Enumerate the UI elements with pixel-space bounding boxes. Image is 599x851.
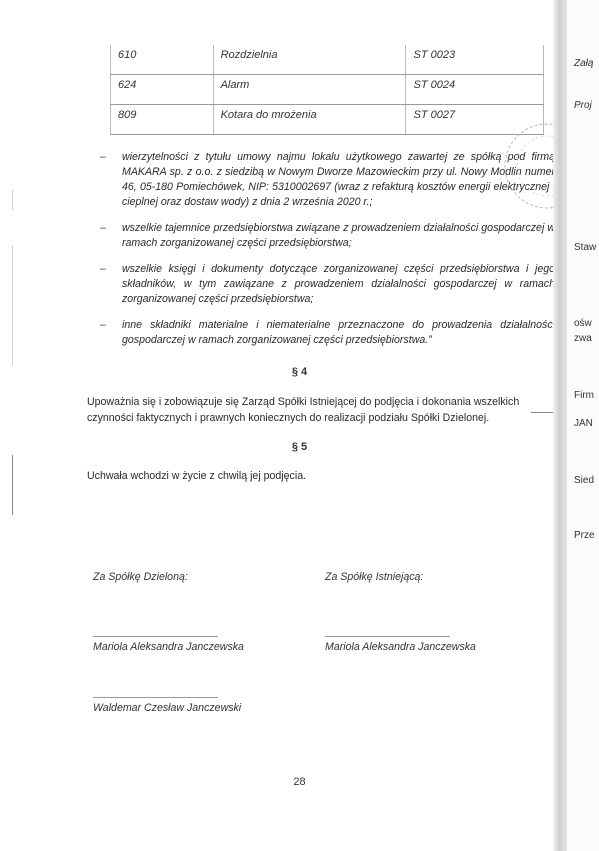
section-4-heading: § 4: [0, 366, 599, 378]
document-page: 610 Rozdzielnia ST 0023 624 Alarm ST 002…: [0, 0, 599, 851]
section-5-heading: § 5: [0, 441, 599, 453]
list-item: – wszelkie tajemnice przedsiębiorstwa zw…: [100, 221, 555, 251]
adjacent-page-fragment: Sied: [574, 475, 594, 486]
section-5-text: Uchwała wchodzi w życie z chwilą jej pod…: [87, 468, 557, 484]
signature-label-divided-company: Za Spółkę Dzieloną:: [93, 571, 188, 583]
signature-line: [325, 636, 450, 637]
asset-name: Alarm: [213, 75, 406, 105]
adjacent-page-fragment: Proj: [574, 100, 592, 111]
signature-label-existing-company: Za Spółkę Istniejącą:: [325, 571, 423, 583]
signatory-name: Mariola Aleksandra Janczewska: [325, 641, 476, 653]
list-item: – inne składniki materialne i niemateria…: [100, 318, 555, 348]
asset-number: 624: [111, 75, 214, 105]
list-item: – wierzytelności z tytułu umowy najmu lo…: [100, 150, 555, 210]
list-item-text: wszelkie tajemnice przedsiębiorstwa zwią…: [122, 222, 555, 249]
scan-mark: [12, 190, 13, 210]
page-number: 28: [0, 776, 599, 788]
list-item-text: inne składniki materialne i niematerialn…: [122, 319, 555, 346]
scan-mark: [12, 245, 13, 365]
asset-code: ST 0023: [406, 45, 544, 75]
adjacent-page-edge: Załą Proj Staw ośw zwa Firm JAN Sied Prz…: [567, 0, 599, 851]
asset-table: 610 Rozdzielnia ST 0023 624 Alarm ST 002…: [110, 45, 544, 135]
scan-mark: [12, 455, 13, 515]
table-row: 624 Alarm ST 0024: [111, 75, 544, 105]
asset-number: 809: [111, 105, 214, 135]
dash-bullet-icon: –: [100, 318, 106, 333]
table-row: 809 Kotara do mrożenia ST 0027: [111, 105, 544, 135]
dash-bullet-icon: –: [100, 262, 106, 277]
page-binding-shadow: [553, 0, 567, 851]
adjacent-page-fragment: ośw: [574, 318, 592, 329]
dash-bullet-icon: –: [100, 150, 106, 165]
signature-line: [93, 636, 218, 637]
asset-name: Kotara do mrożenia: [213, 105, 406, 135]
asset-name: Rozdzielnia: [213, 45, 406, 75]
list-item-text: wierzytelności z tytułu umowy najmu loka…: [122, 151, 555, 208]
signatory-name: Mariola Aleksandra Janczewska: [93, 641, 244, 653]
adjacent-page-fragment: zwa: [574, 333, 592, 344]
table-row: 610 Rozdzielnia ST 0023: [111, 45, 544, 75]
signatory-name: Waldemar Czesław Janczewski: [93, 702, 241, 714]
adjacent-page-fragment: Staw: [574, 242, 596, 253]
dash-bullet-icon: –: [100, 221, 106, 236]
section-4-text: Upoważnia się i zobowiązuje się Zarząd S…: [87, 394, 557, 426]
list-item-text: wszelkie księgi i dokumenty dotyczące zo…: [122, 263, 555, 305]
adjacent-page-fragment: Prze: [574, 530, 595, 541]
signature-line: [93, 697, 218, 698]
asset-number: 610: [111, 45, 214, 75]
list-item: – wszelkie księgi i dokumenty dotyczące …: [100, 262, 555, 307]
adjacent-page-fragment: Załą: [574, 58, 593, 69]
asset-code: ST 0024: [406, 75, 544, 105]
adjacent-page-fragment: JAN: [574, 418, 593, 429]
asset-bullet-list: – wierzytelności z tytułu umowy najmu lo…: [100, 150, 555, 359]
adjacent-page-fragment: Firm: [574, 390, 594, 401]
scan-mark: [531, 412, 553, 413]
